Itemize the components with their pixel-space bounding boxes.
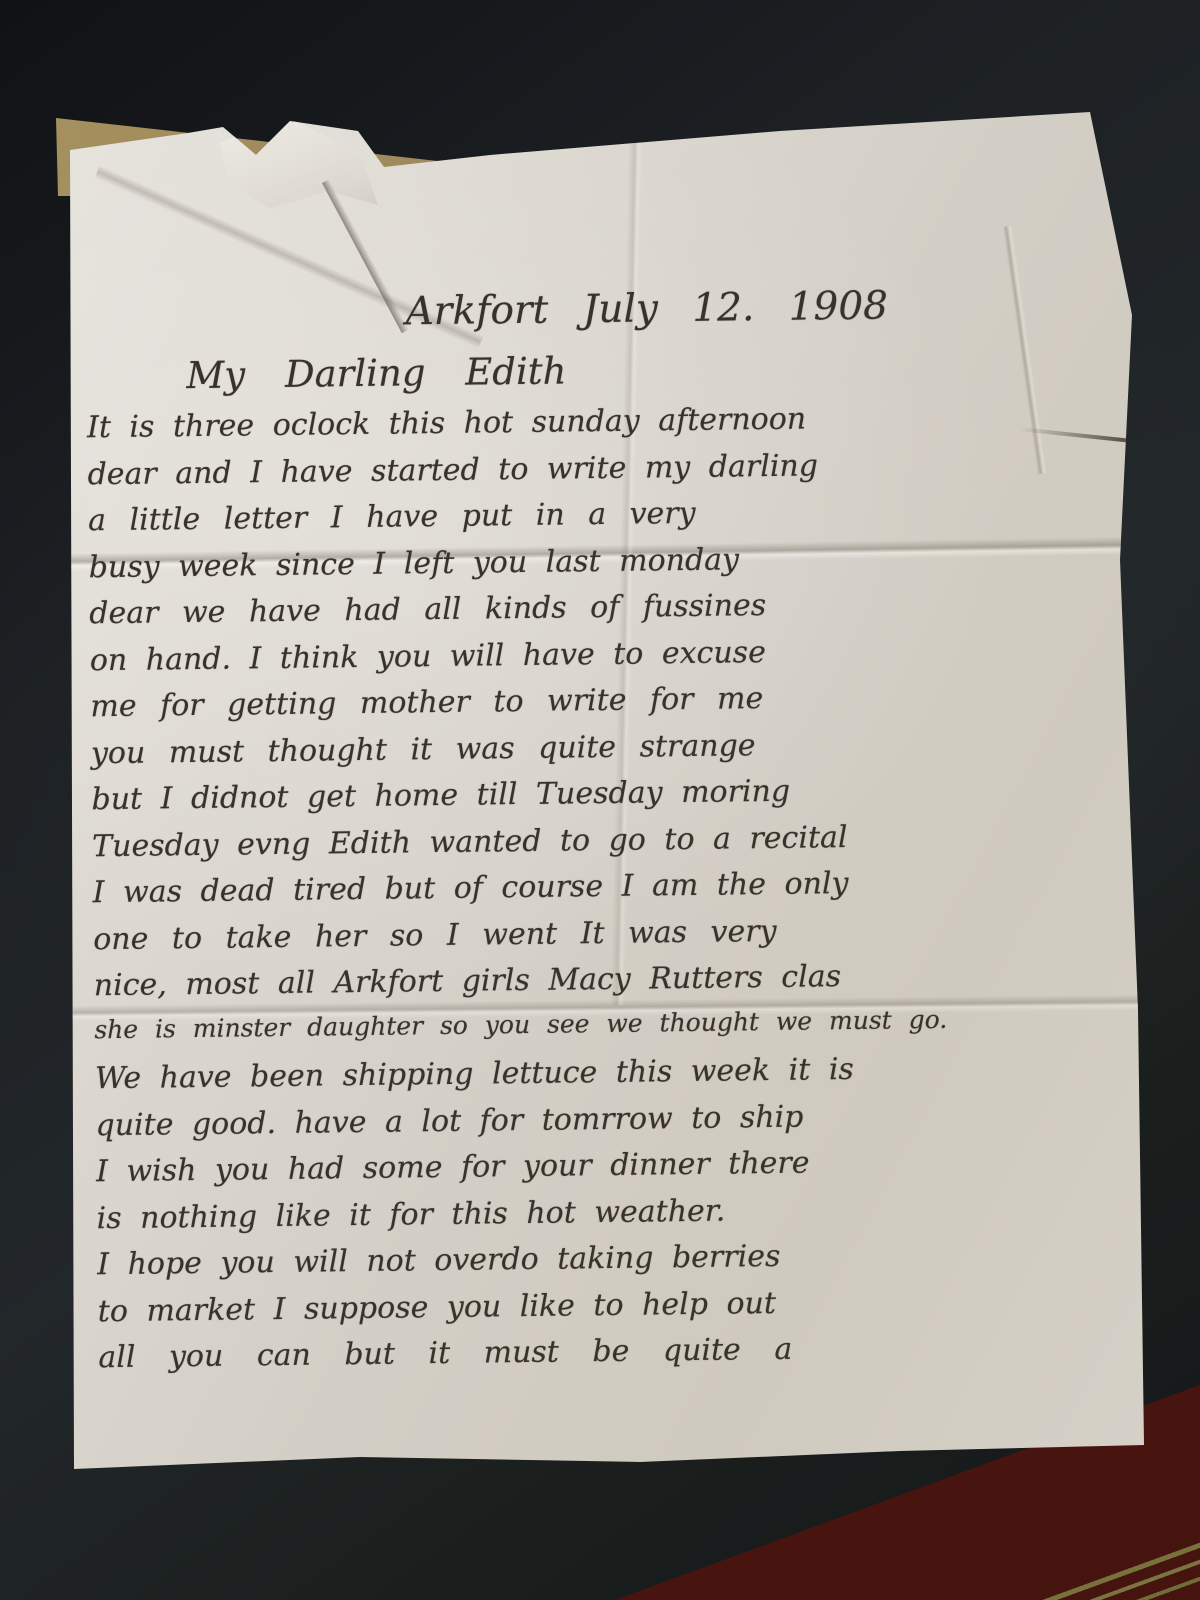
handwritten-text: Arkfort July 12. 1908 My Darling Edith I…	[77, 281, 1130, 1387]
letter-paper: Arkfort July 12. 1908 My Darling Edith I…	[60, 105, 1150, 1480]
